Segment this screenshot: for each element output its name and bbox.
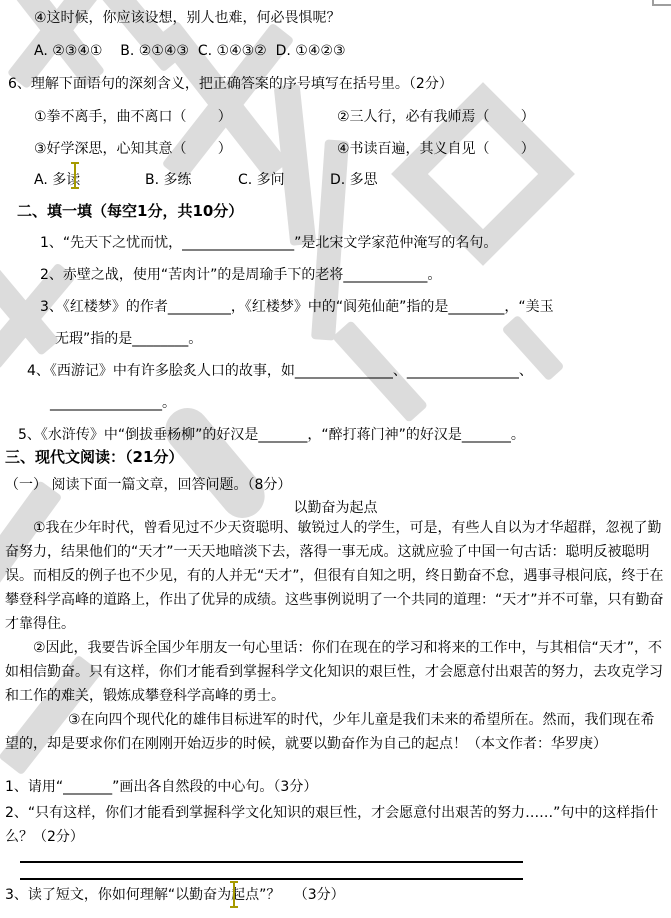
question-stem[interactable]: 6、理解下面语句的深刻含义，把正确答案的序号填写在括号里。（2分） [8,75,453,94]
essay-body[interactable]: ①我在少年时代，曾看见过不少天资聪明、敏锐过人的学生，可是，有些人自以为才华超群… [5,516,665,756]
fill-question-5[interactable]: 5、《水浒传》中“倒拔垂杨柳”的好汉是_______，“醉打蒋门神”的好汉是__… [18,426,525,445]
scrollbar-fragment[interactable] [652,0,671,6]
fill-question-3-line2[interactable]: 无瑕”指的是________。 [55,330,202,349]
essay-title[interactable]: 以勤奋为起点 [0,497,671,517]
option-c[interactable]: C. 多问 [238,171,285,190]
match-item-4[interactable]: ④书读百遍，其义自见（ ） [337,140,535,159]
fill-question-3-line1[interactable]: 3、《红楼梦》的作者_________，《红楼梦》中的“阆苑仙葩”指的是____… [40,298,554,317]
match-item-3[interactable]: ③好学深思，心知其意（ ） [34,140,232,159]
reading-intro[interactable]: （一） 阅读下面一篇文章，回答问题。（8分） [5,476,291,495]
section-heading-3[interactable]: 三、现代文阅读：（21分） [5,448,183,467]
essay-paragraph-2[interactable]: ②因此，我要告诉全国少年朋友一句心里话：你们在现在的学习和将来的工作中，与其相信… [5,636,665,708]
fill-question-4-line1[interactable]: 4、《西游记》中有许多脍炙人口的故事，如______________、_____… [27,362,533,381]
match-item-2[interactable]: ②三人行，必有我师焉（ ） [337,108,535,127]
reading-question-2[interactable]: 2、“只有这样，你们才能看到掌握科学文化知识的艰巨性，才会愿意付出艰苦的努力……… [5,801,665,849]
answer-line-2[interactable] [20,878,523,880]
text-cursor [229,881,239,908]
fill-question-2[interactable]: 2、赤壁之战，使用“苦肉计”的是周瑜手下的老将____________。 [40,266,441,285]
option-d[interactable]: D. 多思 [330,171,378,190]
reading-question-3[interactable]: 3、读了短文，你如何理解“以勤奋为起点”？ （3分） [5,886,345,905]
fill-question-4-line2[interactable]: ________________。 [50,394,176,413]
question-item-line[interactable]: ④这时候，你应该设想，别人也难，何必畏惧呢？ [34,9,341,28]
match-item-1[interactable]: ①拳不离手，曲不离口（ ） [34,108,232,127]
text-cursor [70,162,80,189]
reading-question-1[interactable]: 1、请用“_______”画出各自然段的中心句。（3分） [5,778,317,797]
essay-paragraph-1[interactable]: ①我在少年时代，曾看见过不少天资聪明、敏锐过人的学生，可是，有些人自以为才华超群… [5,516,665,636]
document-page[interactable]: ④这时候，你应该设想，别人也难，何必畏惧呢？ A. ②③④① B. ②①④③ C… [0,0,671,918]
choice-options-line[interactable]: A. ②③④① B. ②①④③ C. ①④③② D. ①④②③ [34,42,346,61]
section-heading-2[interactable]: 二、填一填（每空1分，共10分） [17,202,243,221]
essay-paragraph-3[interactable]: ③在向四个现代化的雄伟目标进军的时代，少年儿童是我们未来的希望所在。然而，我们现… [5,708,665,756]
answer-line-1[interactable] [20,861,523,863]
option-b[interactable]: B. 多练 [145,171,192,190]
fill-question-1[interactable]: 1、“先天下之忧而忧，________________”是北宋文学家范仲淹写的名… [40,234,497,253]
